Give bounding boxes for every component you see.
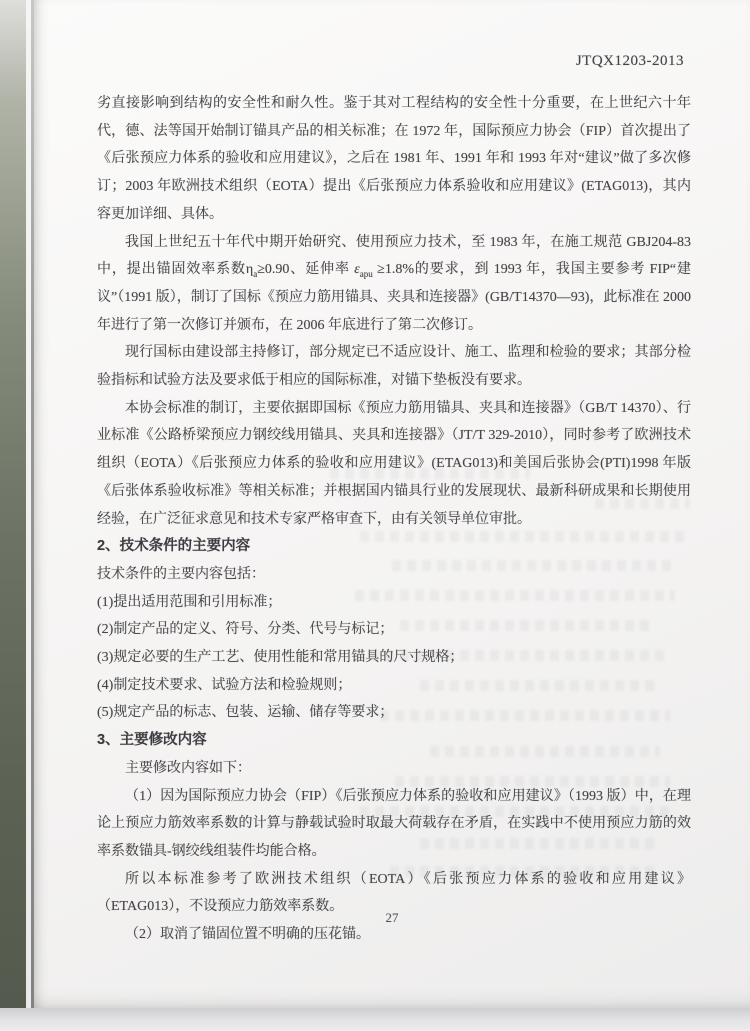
list-item-5: (5)规定产品的标志、包装、运输、储存等要求； bbox=[97, 699, 691, 727]
scanner-bed-bottom-edge bbox=[0, 1008, 750, 1031]
scanned-document-page: JTQX1203-2013 劣直接影响到结构的安全性和耐久性。鉴于其对工程结构的… bbox=[0, 0, 750, 1031]
paragraph-text: ≥0.90、延伸率 bbox=[257, 262, 354, 277]
document-body: 劣直接影响到结构的安全性和耐久性。鉴于其对工程结构的安全性十分重要，在上世纪六十… bbox=[97, 90, 691, 949]
paragraph-change-1: （1）因为国际预应力协会（FIP）《后张预应力体系的验收和应用建议》（1993 … bbox=[97, 783, 691, 866]
paragraph-basis: 本协会标准的制订，主要依据即国标《预应力筋用锚具、夹具和连接器》（GB/T 14… bbox=[97, 395, 691, 534]
list-item-1: (1)提出适用范围和引用标准； bbox=[97, 589, 691, 617]
paragraph-current-standard: 现行国标由建设部主持修订，部分规定已不适应设计、施工、监理和检验的要求；其部分检… bbox=[97, 339, 691, 394]
paragraph-china-history: 我国上世纪五十年代中期开始研究、使用预应力技术，至 1983 年，在施工规范 G… bbox=[97, 229, 691, 340]
paragraph-history-intro: 劣直接影响到结构的安全性和耐久性。鉴于其对工程结构的安全性十分重要，在上世纪六十… bbox=[97, 90, 691, 229]
page-edge-line bbox=[31, 0, 34, 1008]
list-item-4: (4)制定技术要求、试验方法和检验规则； bbox=[97, 672, 691, 700]
section-heading-3: 3、主要修改内容 bbox=[97, 727, 691, 755]
document-number: JTQX1203-2013 bbox=[576, 53, 684, 70]
paragraph-contents-intro: 技术条件的主要内容包括： bbox=[97, 561, 691, 589]
page-number: 27 bbox=[34, 910, 750, 926]
section-heading-2: 2、技术条件的主要内容 bbox=[97, 533, 691, 561]
epsilon-subscript: apu bbox=[360, 269, 373, 279]
paragraph-changes-intro: 主要修改内容如下： bbox=[97, 755, 691, 783]
list-item-3: (3)规定必要的生产工艺、使用性能和常用锚具的尺寸规格； bbox=[97, 644, 691, 672]
list-item-2: (2)制定产品的定义、符号、分类、代号与标记； bbox=[97, 616, 691, 644]
